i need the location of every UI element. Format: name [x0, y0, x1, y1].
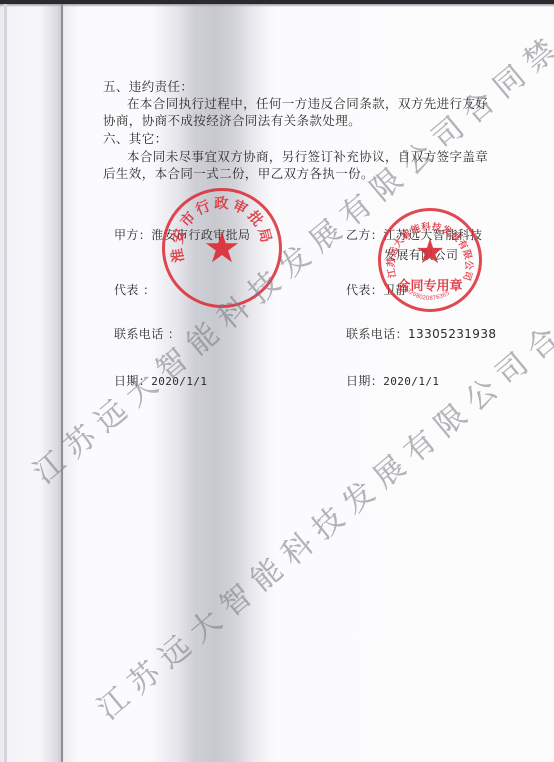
party-a-rep: 代表 ：	[114, 282, 155, 298]
party-b-label: 乙方：	[346, 228, 383, 242]
party-a-date: 日期：2020/1/1	[114, 373, 207, 390]
party-b-date: 日期：2020/1/1	[346, 373, 439, 390]
star-icon: ★	[415, 231, 445, 273]
party-b-date-value: 2020/1/1	[383, 375, 439, 388]
section-text: 本合同未尽事宜双方协商，另行签订补充协议，自双方签字盖章	[127, 149, 488, 165]
party-a-official-seal: 淮安市行政审批局 ★	[162, 188, 282, 308]
star-icon: ★	[203, 227, 241, 269]
party-a-date-label: 日期：	[114, 374, 151, 388]
section-heading-other: 六、其它：	[103, 131, 168, 147]
party-a-phone-label: 联系电话 ：	[114, 327, 180, 341]
section-text: 后生效，本合同一式二份，甲乙双方各执一份。	[103, 166, 374, 182]
party-b-phone: 联系电话：13305231938	[346, 326, 496, 342]
page-top-shadow	[0, 4, 554, 7]
binding-line	[61, 4, 63, 762]
page-left-edge	[4, 4, 7, 762]
party-b-contract-seal: 江苏远大智能科技发展有限公司 3208020876365 ★ 合同专用章	[378, 208, 482, 312]
section-text: 在本合同执行过程中，任何一方违反合同条款，双方先进行友好	[127, 96, 488, 112]
seal-center-label: 合同专用章	[397, 275, 462, 294]
section-text: 协商，协商不成按经济合同法有关条款处理。	[103, 113, 361, 129]
section-heading-breach: 五、违约责任：	[103, 79, 193, 95]
party-a-label: 甲方：	[114, 228, 151, 242]
party-b-phone-value: 13305231938	[408, 327, 496, 341]
party-a-phone: 联系电话 ：	[114, 326, 180, 342]
party-b-date-label: 日期：	[346, 374, 383, 388]
party-a-rep-label: 代表 ：	[114, 283, 155, 297]
party-b-phone-label: 联系电话：	[346, 327, 408, 341]
party-a-date-value: 2020/1/1	[151, 375, 207, 388]
party-b-rep-label: 代表：	[346, 283, 383, 297]
